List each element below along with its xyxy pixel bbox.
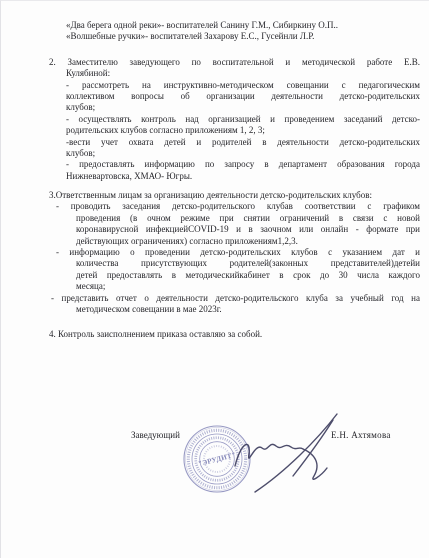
signer-role-label: Заведующий [131, 430, 180, 440]
doc-line-item-3: 3.Ответственным лицам за организацию дея… [49, 190, 420, 201]
doc-line: -вести учет охвата детей и родителей в д… [66, 137, 420, 148]
doc-line: «Два берега одной реки»- воспитателей Са… [66, 20, 420, 31]
doc-line: - проводить заседания детско-родительско… [56, 201, 420, 212]
doc-line: детей предоставлять в методическийкабине… [76, 270, 420, 281]
signer-name: Е.Н. Ахтямова [331, 430, 391, 440]
order-document-body: «Два берега одной реки»- воспитателей Са… [1, 1, 429, 341]
doc-line: методическом совещании в мае 2023г. [76, 304, 420, 315]
doc-line: - информацию о проведении детско-родител… [56, 247, 420, 258]
doc-line: коллективом вопросы об организации деяте… [66, 91, 420, 102]
doc-line: - представить отчет о деятельности детск… [51, 293, 420, 304]
document-page: «Два берега одной реки»- воспитателей Са… [0, 0, 429, 558]
doc-line-item-4: 4. Контроль заисполнением приказа оставл… [49, 329, 420, 340]
doc-line: Нижневартовска, ХМАО- Югры. [66, 171, 420, 182]
doc-line: клубов; [66, 102, 420, 113]
doc-line: Кулябиной: [66, 68, 420, 79]
doc-line: действующих ограничениях) согласно прило… [76, 236, 420, 247]
handwritten-signature [229, 406, 341, 498]
doc-line: месяца; [76, 281, 420, 292]
doc-line: количества присутствующих родителей(зако… [76, 258, 420, 269]
doc-line: - осуществлять контроль над организацией… [66, 114, 420, 125]
doc-line: проведения (в очном режиме при снятии ог… [76, 213, 420, 224]
doc-line: родительских клубов согласно приложениям… [66, 125, 420, 136]
doc-line: коронавирусной инфекциейCOVID-19 и в зао… [76, 224, 420, 235]
doc-line: клубов; [66, 148, 420, 159]
doc-line: «Волшебные ручки»- воспитателей Захарову… [66, 31, 420, 42]
doc-line: - предоставлять информацию по запросу в … [66, 159, 420, 170]
doc-line-item-2: 2. Заместителю заведующего по воспитател… [49, 57, 420, 68]
doc-line: - рассмотреть на инструктивно-методическ… [66, 80, 420, 91]
